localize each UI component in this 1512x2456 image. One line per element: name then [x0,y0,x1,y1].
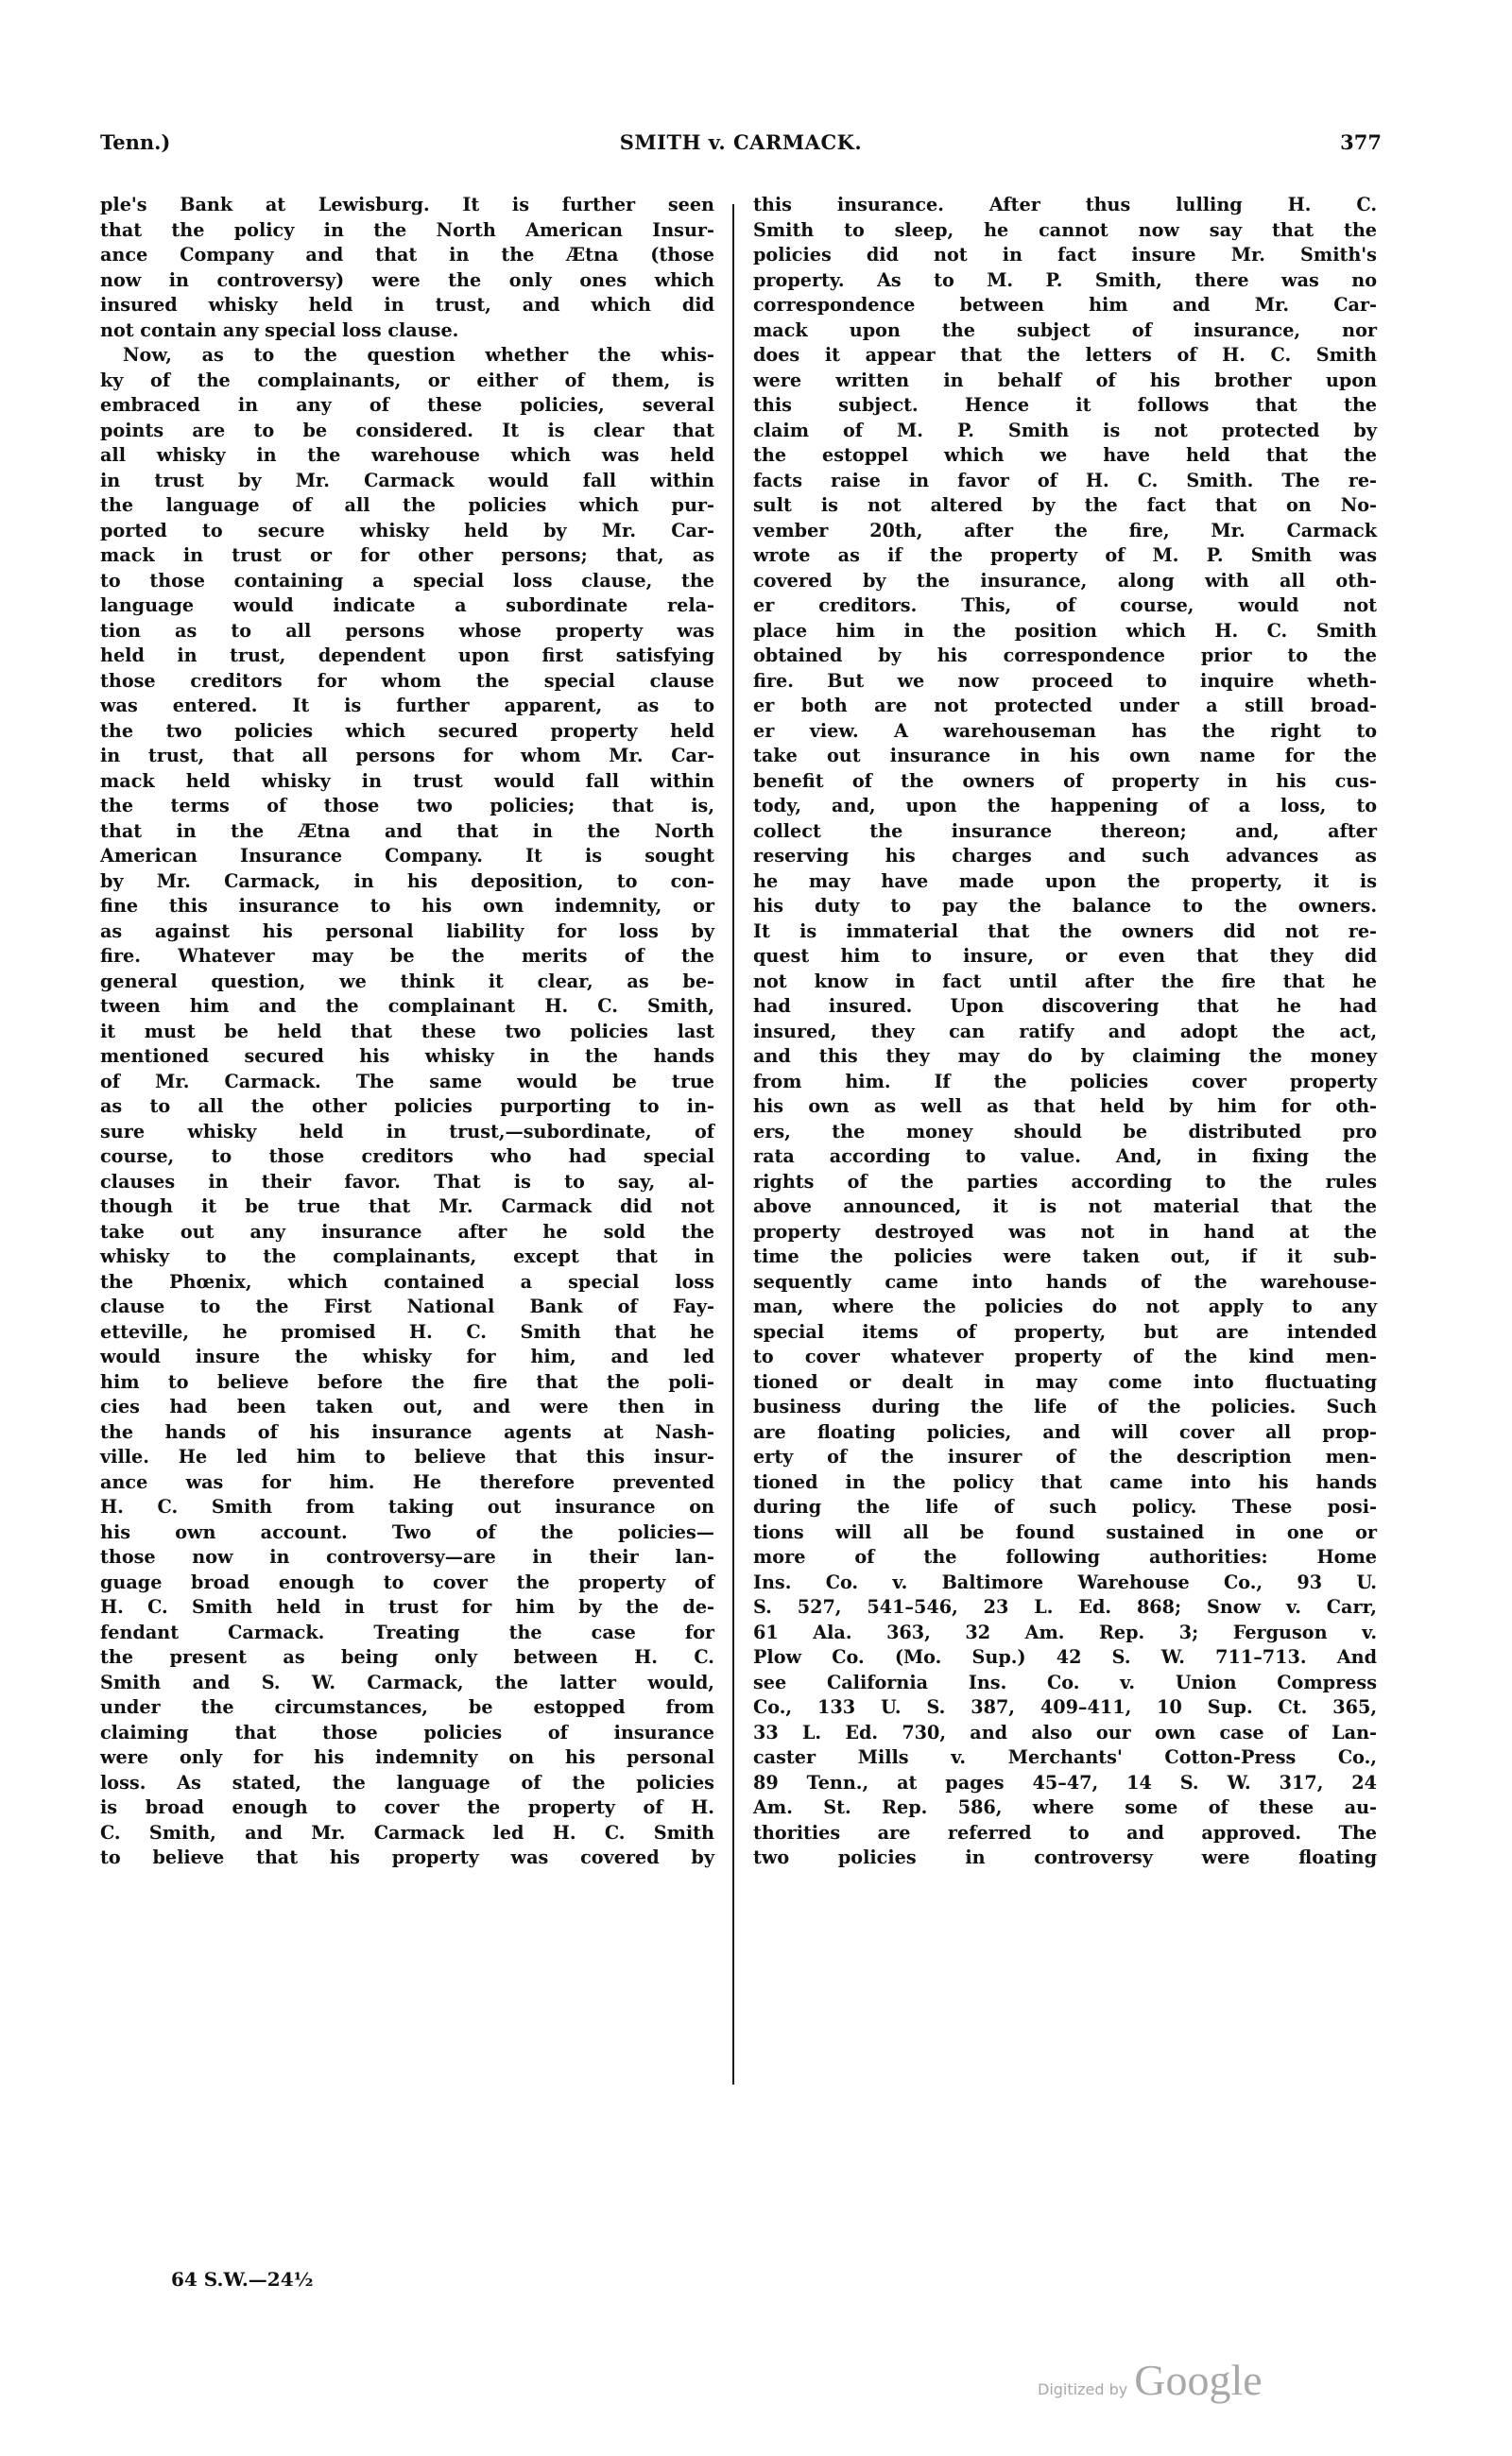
text-line: to cover whatever property of the kind m… [753,1345,1377,1370]
google-logo-icon: Google [1134,2356,1262,2404]
text-line: held in trust, dependent upon first sati… [100,644,714,669]
text-line: tween him and the complainant H. C. Smit… [100,994,714,1020]
text-line: were written in behalf of his brother up… [753,369,1377,394]
text-line: facts raise in favor of H. C. Smith. The… [753,469,1377,494]
text-line: the Phœnix, which contained a special lo… [100,1270,714,1296]
text-line: ky of the complainants, or either of the… [100,369,714,394]
text-line: H. C. Smith from taking out insurance on [100,1495,714,1520]
text-line: see California Ins. Co. v. Union Compres… [753,1671,1377,1696]
text-line: er creditors. This, of course, would not [753,593,1377,619]
text-line: tioned in the policy that came into his … [753,1470,1377,1496]
text-line: property destroyed was not in hand at th… [753,1220,1377,1245]
text-line: reserving his charges and such advances … [753,844,1377,869]
text-line: Smith and S. W. Carmack, the latter woul… [100,1671,714,1696]
text-line: American Insurance Company. It is sought [100,844,714,869]
text-line: that the policy in the North American In… [100,218,714,244]
text-line: the terms of those two policies; that is… [100,794,714,819]
text-line: Now, as to the question whether the whis… [100,343,714,369]
text-line: erty of the insurer of the description m… [753,1445,1377,1470]
text-line: sequently came into hands of the warehou… [753,1270,1377,1296]
text-line: take out any insurance after he sold the [100,1220,714,1245]
text-line: quest him to insure, or even that they d… [753,944,1377,970]
text-line: wrote as if the property of M. P. Smith … [753,543,1377,569]
text-line: loss. As stated, the language of the pol… [100,1771,714,1796]
text-line: that in the Ætna and that in the North [100,819,714,845]
text-line: Smith to sleep, he cannot now say that t… [753,218,1377,244]
text-line: S. 527, 541–546, 23 L. Ed. 868; Snow v. … [753,1595,1377,1621]
right-text-column: this insurance. After thus lulling H. C.… [753,193,1377,1871]
text-line: this insurance. After thus lulling H. C. [753,193,1377,218]
text-line: etteville, he promised H. C. Smith that … [100,1320,714,1346]
text-line: clauses in their favor. That is to say, … [100,1170,714,1195]
text-line: course, to those creditors who had speci… [100,1144,714,1170]
text-line: tion as to all persons whose property wa… [100,619,714,644]
text-line: Co., 133 U. S. 387, 409–411, 10 Sup. Ct.… [753,1695,1377,1721]
text-line: now in controversy) were the only ones w… [100,268,714,294]
text-line: is broad enough to cover the property of… [100,1795,714,1821]
text-line: those creditors for whom the special cla… [100,669,714,695]
text-line: fendant Carmack. Treating the case for [100,1621,714,1646]
text-line: take out insurance in his own name for t… [753,744,1377,769]
text-line: general question, we think it clear, as … [100,970,714,995]
book-page: Tenn.) SMITH v. CARMACK. 377 ple's Bank … [0,0,1512,2456]
text-line: sult is not altered by the fact that on … [753,493,1377,519]
text-line: in trust, that all persons for whom Mr. … [100,744,714,769]
text-line: as to all the other policies purporting … [100,1094,714,1120]
text-line: H. C. Smith held in trust for him by the… [100,1595,714,1621]
text-line: ance Company and that in the Ætna (those [100,243,714,268]
text-line: the present as being only between H. C. [100,1645,714,1671]
text-line: cies had been taken out, and were then i… [100,1395,714,1420]
left-text-column: ple's Bank at Lewisburg. It is further s… [100,193,714,1871]
text-line: business during the life of the policies… [753,1395,1377,1420]
text-line: by Mr. Carmack, in his deposition, to co… [100,869,714,895]
text-line: of Mr. Carmack. The same would be true [100,1070,714,1095]
watermark-prefix: Digitized by [1038,2380,1127,2398]
text-line: covered by the insurance, along with all… [753,569,1377,594]
text-line: rata according to value. And, in fixing … [753,1144,1377,1170]
text-line: caster Mills v. Merchants' Cotton-Press … [753,1745,1377,1771]
text-line: special items of property, but are inten… [753,1320,1377,1346]
text-line: Am. St. Rep. 586, where some of these au… [753,1795,1377,1821]
text-line: ported to secure whisky held by Mr. Car- [100,519,714,544]
text-line: his own account. Two of the policies— [100,1520,714,1546]
text-line: was entered. It is further apparent, as … [100,694,714,719]
text-line: thorities are referred to and approved. … [753,1821,1377,1846]
text-line: the hands of his insurance agents at Nas… [100,1420,714,1446]
text-line: time the policies were taken out, if it … [753,1245,1377,1270]
text-line: Ins. Co. v. Baltimore Warehouse Co., 93 … [753,1571,1377,1596]
text-line: those now in controversy—are in their la… [100,1545,714,1571]
text-line: guage broad enough to cover the property… [100,1571,714,1596]
text-line: 61 Ala. 363, 32 Am. Rep. 3; Ferguson v. [753,1621,1377,1646]
digitization-watermark: Digitized by Google [1038,2355,1263,2412]
text-line: fine this insurance to his own indemnity… [100,894,714,919]
text-line: were only for his indemnity on his perso… [100,1745,714,1771]
text-line: embraced in any of these policies, sever… [100,393,714,419]
text-line: It is immaterial that the owners did not… [753,919,1377,945]
text-line: policies did not in fact insure Mr. Smit… [753,243,1377,268]
text-line: to those containing a special loss claus… [100,569,714,594]
text-line: mack held whisky in trust would fall wit… [100,769,714,795]
text-line: the two policies which secured property … [100,719,714,745]
text-line: correspondence between him and Mr. Car- [753,293,1377,318]
text-line: had insured. Upon discovering that he ha… [753,994,1377,1020]
text-line: insured whisky held in trust, and which … [100,293,714,318]
text-line: fire. But we now proceed to inquire whet… [753,669,1377,695]
text-line: ers, the money should be distributed pro [753,1120,1377,1145]
text-line: to believe that his property was covered… [100,1846,714,1871]
column-divider-rule [732,204,734,2085]
text-line: from him. If the policies cover property [753,1070,1377,1095]
text-line: rights of the parties according to the r… [753,1170,1377,1195]
text-line: above announced, it is not material that… [753,1194,1377,1220]
text-line: would insure the whisky for him, and led [100,1345,714,1370]
text-line: Plow Co. (Mo. Sup.) 42 S. W. 711–713. An… [753,1645,1377,1671]
text-line: under the circumstances, be estopped fro… [100,1695,714,1721]
text-line: he may have made upon the property, it i… [753,869,1377,895]
text-line: two policies in controversy were floatin… [753,1846,1377,1871]
text-line: and this they may do by claiming the mon… [753,1044,1377,1070]
text-line: the estoppel which we have held that the [753,443,1377,469]
text-line: ple's Bank at Lewisburg. It is further s… [100,193,714,218]
text-line: ance was for him. He therefore prevented [100,1470,714,1496]
text-line: er view. A warehouseman has the right to [753,719,1377,745]
text-line: obtained by his correspondence prior to … [753,644,1377,669]
text-line: tioned or dealt in may come into fluctua… [753,1370,1377,1396]
text-line: vember 20th, after the fire, Mr. Carmack [753,519,1377,544]
text-line: benefit of the owners of property in his… [753,769,1377,795]
text-line: whisky to the complainants, except that … [100,1245,714,1270]
text-line: 33 L. Ed. 730, and also our own case of … [753,1721,1377,1746]
text-line: place him in the position which H. C. Sm… [753,619,1377,644]
text-line: ville. He led him to believe that this i… [100,1445,714,1470]
text-line: not know in fact until after the fire th… [753,970,1377,995]
text-line: though it be true that Mr. Carmack did n… [100,1194,714,1220]
text-line: during the life of such policy. These po… [753,1495,1377,1520]
text-line: as against his personal liability for lo… [100,919,714,945]
text-line: him to believe before the fire that the … [100,1370,714,1396]
text-line: mack upon the subject of insurance, nor [753,318,1377,344]
text-line: his own as well as that held by him for … [753,1094,1377,1120]
text-line: mentioned secured his whisky in the hand… [100,1044,714,1070]
text-line: clause to the First National Bank of Fay… [100,1295,714,1320]
text-line: tions will all be found sustained in one… [753,1520,1377,1546]
text-line: in trust by Mr. Carmack would fall withi… [100,469,714,494]
text-line: are floating policies, and will cover al… [753,1420,1377,1446]
text-line: does it appear that the letters of H. C.… [753,343,1377,369]
text-line: mack in trust or for other persons; that… [100,543,714,569]
text-line: the language of all the policies which p… [100,493,714,519]
text-line: it must be held that these two policies … [100,1020,714,1045]
text-line: all whisky in the warehouse which was he… [100,443,714,469]
text-line: language would indicate a subordinate re… [100,593,714,619]
text-line: sure whisky held in trust,—subordinate, … [100,1120,714,1145]
text-line: property. As to M. P. Smith, there was n… [753,268,1377,294]
text-line: er both are not protected under a still … [753,694,1377,719]
text-line: fire. Whatever may be the merits of the [100,944,714,970]
text-line: more of the following authorities: Home [753,1545,1377,1571]
text-line: his duty to pay the balance to the owner… [753,894,1377,919]
text-line: 89 Tenn., at pages 45–47, 14 S. W. 317, … [753,1771,1377,1796]
text-line: points are to be considered. It is clear… [100,419,714,444]
text-line: tody, and, upon the happening of a loss,… [753,794,1377,819]
text-line: not contain any special loss clause. [100,318,714,344]
text-line: claiming that those policies of insuranc… [100,1721,714,1746]
page-number: 377 [1340,130,1382,154]
text-line: this subject. Hence it follows that the [753,393,1377,419]
text-line: C. Smith, and Mr. Carmack led H. C. Smit… [100,1821,714,1846]
signature-mark: 64 S.W.—24½ [171,2268,314,2291]
running-head-case-title: SMITH v. CARMACK. [100,130,1382,154]
text-line: man, where the policies do not apply to … [753,1295,1377,1320]
text-line: collect the insurance thereon; and, afte… [753,819,1377,845]
text-line: claim of M. P. Smith is not protected by [753,419,1377,444]
text-line: insured, they can ratify and adopt the a… [753,1020,1377,1045]
running-head: Tenn.) SMITH v. CARMACK. 377 [100,130,1382,159]
